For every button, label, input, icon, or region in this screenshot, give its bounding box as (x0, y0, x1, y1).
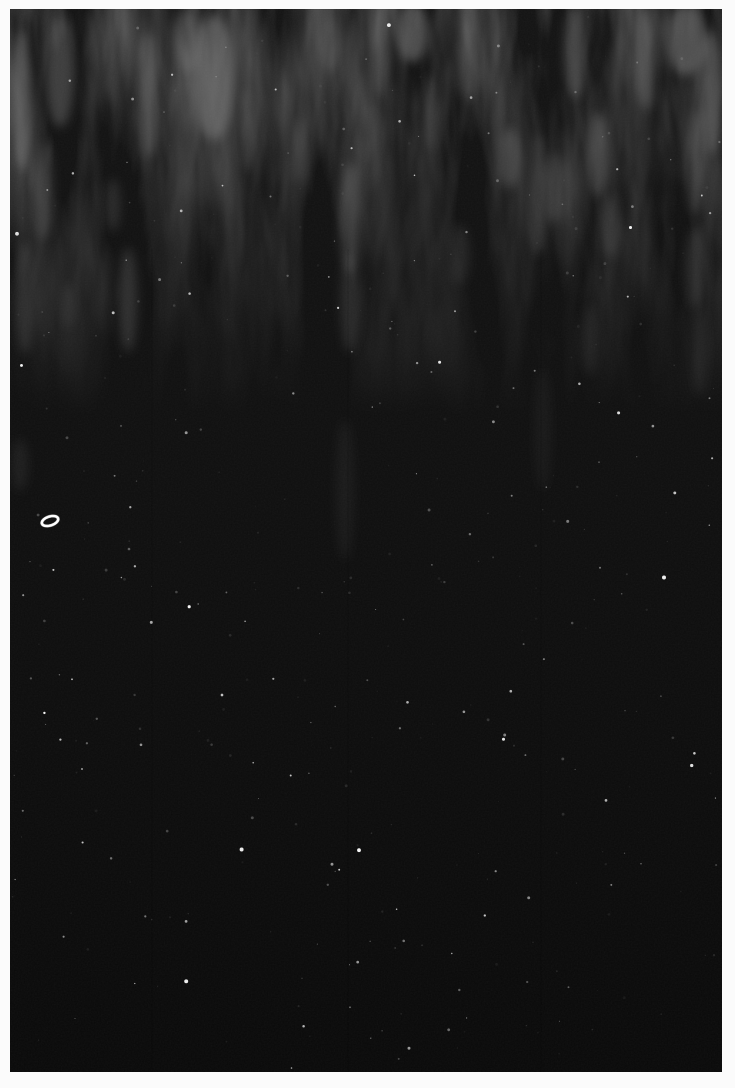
dust-speck (69, 80, 71, 82)
dust-speck (709, 397, 711, 399)
dust-speck (328, 276, 330, 278)
dust-speck (370, 1038, 371, 1039)
dust-speck (709, 212, 711, 214)
dust-speck (128, 540, 130, 542)
dust-speck (576, 486, 578, 488)
dust-speck (701, 195, 703, 197)
dust-speck (535, 617, 537, 619)
dust-speck (608, 913, 611, 916)
dust-speck (43, 620, 46, 623)
dust-speck (558, 1053, 560, 1055)
dust-speck (487, 718, 490, 721)
dust-speck (416, 362, 418, 364)
dust-speck (342, 128, 345, 131)
dust-speck (513, 745, 515, 747)
dust-speck (529, 194, 530, 195)
dust-speck (256, 52, 257, 53)
dust-speck (470, 96, 473, 99)
dust-speck (398, 120, 401, 123)
dust-speck (617, 411, 620, 414)
dust-speck (129, 202, 131, 204)
dust-speck (599, 276, 602, 279)
dust-speck (163, 112, 164, 113)
dust-speck (444, 418, 447, 421)
dust-speck (86, 948, 89, 951)
dust-speck (636, 711, 637, 712)
dust-speck (556, 970, 558, 972)
dust-speck (440, 581, 442, 583)
dust-speck (344, 581, 345, 582)
dust-speck (652, 425, 655, 428)
dust-speck (126, 162, 127, 163)
dust-speck (416, 473, 417, 474)
dust-speck (275, 88, 277, 90)
dust-speck (492, 420, 495, 423)
dust-speck (627, 296, 629, 298)
dust-speck (84, 539, 85, 540)
dust-speck (41, 311, 43, 313)
dust-speck (270, 931, 271, 932)
dust-speck (650, 268, 651, 269)
dust-speck (334, 706, 335, 707)
dust-speck (391, 321, 392, 322)
dust-speck (672, 736, 675, 739)
dust-speck (144, 915, 146, 917)
dust-speck (274, 223, 275, 224)
dust-speck (292, 392, 294, 394)
dust-speck (15, 879, 16, 880)
dust-speck (123, 578, 126, 581)
dust-speck (496, 179, 499, 182)
dust-speck (181, 262, 182, 263)
dust-speck (599, 567, 601, 569)
dust-speck (46, 189, 48, 191)
dust-speck (341, 192, 344, 195)
dust-speck (360, 310, 361, 311)
dust-speck (388, 553, 391, 556)
dust-speck (522, 630, 523, 631)
dust-speck (184, 389, 186, 391)
dust-speck (461, 252, 462, 253)
dust-speck (302, 978, 303, 979)
dust-speck (640, 863, 641, 864)
dust-speck (215, 76, 216, 77)
dust-speck (30, 561, 31, 562)
dust-speck (561, 757, 564, 760)
dust-speck (166, 830, 169, 833)
dust-speck (59, 738, 61, 740)
dust-speck (351, 147, 353, 149)
dust-speck (134, 565, 136, 567)
dust-speck (258, 798, 259, 799)
dust-speck (503, 734, 506, 737)
dust-speck (394, 323, 395, 324)
dust-speck (528, 43, 529, 44)
dust-speck (464, 1031, 466, 1033)
dust-speck (465, 231, 467, 233)
dust-speck (157, 986, 158, 987)
dust-speck (428, 509, 431, 512)
dust-speck (226, 1041, 228, 1043)
dust-speck (284, 499, 285, 500)
dust-speck (185, 920, 188, 923)
dust-speck (286, 275, 288, 277)
dust-speck (246, 679, 249, 682)
dust-speck (616, 495, 618, 497)
dust-speck (646, 609, 648, 611)
dust-speck (338, 869, 340, 871)
dust-speck (295, 823, 297, 825)
dust-speck (388, 465, 390, 467)
dust-speck (222, 185, 224, 187)
dust-speck (38, 643, 40, 645)
dust-speck (556, 852, 558, 854)
dust-speck (673, 491, 676, 494)
dust-speck (148, 1050, 149, 1051)
dust-speck (550, 487, 551, 488)
dust-speck (553, 520, 556, 523)
dust-speck (526, 981, 528, 983)
dust-speck (626, 573, 628, 575)
dust-speck (408, 142, 411, 145)
dust-speck (568, 986, 570, 988)
dust-speck (511, 495, 513, 497)
dust-speck (356, 961, 359, 964)
dust-speck (400, 1013, 402, 1015)
dust-speck (257, 532, 259, 534)
dust-speck (708, 485, 709, 486)
dust-speck (575, 227, 578, 230)
dust-speck (120, 425, 122, 427)
dust-speck (356, 844, 358, 846)
dust-speck (638, 395, 640, 397)
dust-speck (331, 863, 334, 866)
dust-speck (261, 40, 263, 42)
dust-speck (527, 896, 530, 899)
dust-speck (38, 1040, 39, 1041)
dust-speck (438, 361, 441, 364)
dust-speck (221, 694, 224, 697)
dust-speck (325, 309, 327, 311)
dust-speck (454, 310, 456, 312)
dust-speck (351, 351, 353, 353)
dust-speck (478, 561, 479, 562)
dust-speck (334, 240, 335, 241)
dust-speck (608, 132, 611, 135)
dust-speck (438, 258, 440, 260)
dust-speck (391, 824, 392, 825)
dust-speck (255, 506, 256, 507)
dust-speck (387, 23, 391, 27)
dust-speck (375, 609, 376, 610)
dust-speck (39, 564, 42, 567)
dust-speck (110, 857, 112, 859)
dust-speck (585, 627, 587, 629)
dust-speck (438, 577, 441, 580)
dust-speck (484, 914, 486, 916)
dust-speck (519, 567, 520, 568)
dust-speck (299, 226, 302, 229)
dust-speck (597, 990, 598, 991)
dust-speck (680, 57, 683, 60)
dust-speck (222, 708, 225, 711)
dust-speck (443, 581, 445, 583)
dust-speck (175, 257, 176, 258)
dust-speck (636, 456, 637, 457)
dust-speck (365, 58, 367, 60)
dust-speck (112, 311, 115, 314)
dust-speck (366, 679, 368, 681)
dust-speck (319, 85, 322, 88)
dust-speck (95, 809, 98, 812)
dust-speck (575, 769, 576, 770)
dust-speck (133, 694, 135, 696)
dust-speck (524, 754, 526, 756)
dust-speck (21, 837, 22, 838)
dust-speck (76, 772, 78, 774)
dust-speck (458, 989, 460, 991)
dust-speck (495, 870, 497, 872)
dust-speck (121, 577, 123, 579)
dust-speck (603, 262, 606, 265)
dust-speck (291, 1067, 293, 1069)
dust-speck (169, 145, 170, 146)
dust-speck (602, 851, 603, 852)
dust-speck (670, 159, 671, 160)
dust-speck (698, 162, 699, 163)
dust-speck (317, 944, 318, 945)
dust-speck (715, 798, 716, 799)
dust-speck (175, 591, 178, 594)
dust-speck (16, 750, 17, 751)
dust-speck (537, 1032, 538, 1033)
dust-speck (395, 947, 396, 948)
dust-speck (542, 509, 543, 510)
dust-speck (431, 564, 433, 566)
dust-speck (83, 471, 84, 472)
dust-speck (17, 314, 19, 316)
dust-speck (175, 419, 176, 420)
dust-speck (535, 587, 537, 589)
dust-speck (467, 165, 469, 167)
dust-speck (566, 520, 569, 523)
dust-speck (218, 471, 220, 473)
dust-speck (349, 577, 352, 580)
dust-speck (308, 773, 310, 775)
dust-speck (140, 743, 143, 746)
dust-speck (392, 90, 393, 91)
dust-speck (327, 884, 329, 886)
dust-speck (420, 737, 422, 739)
dust-speck (288, 153, 289, 154)
dust-speck (498, 801, 499, 802)
dust-speck (66, 436, 69, 439)
dust-speck (693, 752, 696, 755)
dust-speck (705, 955, 706, 956)
dust-speck (432, 724, 433, 725)
dust-speck (523, 643, 525, 645)
dust-speck (275, 376, 277, 378)
dust-speck (188, 292, 191, 295)
dust-speck (290, 775, 292, 777)
dust-speck (88, 522, 89, 523)
dust-speck (447, 1028, 450, 1031)
dust-speck (713, 954, 715, 956)
dust-speck (577, 325, 580, 328)
dust-speck (197, 603, 199, 605)
dust-speck (136, 480, 137, 481)
dust-speck (12, 896, 14, 898)
dust-speck (235, 557, 236, 558)
dust-speck (599, 402, 600, 403)
dust-speck (299, 188, 301, 190)
dust-speck (75, 1018, 76, 1019)
dust-speck (114, 475, 116, 477)
dust-speck (188, 605, 191, 608)
dust-speck (497, 44, 500, 47)
dust-speck (169, 916, 171, 918)
scanned-page (0, 0, 735, 1088)
dust-speck (129, 506, 131, 508)
dust-speck (566, 272, 569, 275)
dust-speck (81, 768, 83, 770)
dust-speck (662, 576, 666, 580)
dust-speck (229, 754, 232, 757)
dust-speck (705, 186, 708, 189)
dust-speck (673, 364, 675, 366)
dust-speck (225, 591, 227, 593)
dust-speck (20, 364, 23, 367)
dust-speck (30, 677, 32, 679)
dust-speck (715, 864, 717, 866)
dust-speck (602, 136, 603, 137)
dust-speck (402, 940, 405, 943)
dust-speck (381, 910, 383, 912)
dust-speck (255, 589, 257, 591)
dust-speck (408, 1047, 411, 1050)
dust-speck (546, 486, 548, 488)
dust-speck (456, 864, 458, 866)
dust-speck (638, 832, 639, 833)
dust-speck (22, 594, 24, 596)
dust-speck (629, 786, 630, 787)
dust-speck (348, 591, 351, 594)
dust-speck (75, 740, 77, 742)
dust-speck (605, 799, 608, 802)
dust-speck (128, 548, 131, 551)
dust-speck (119, 355, 122, 358)
dust-speck (533, 942, 534, 943)
dust-speck (621, 593, 623, 595)
dust-speck (199, 731, 200, 732)
dust-speck (398, 1058, 400, 1060)
dust-speck (487, 879, 488, 880)
dust-speck (711, 457, 713, 459)
dust-speck (463, 711, 466, 714)
dust-speck (350, 770, 352, 772)
dust-speck (143, 461, 144, 462)
dust-speck (127, 338, 129, 340)
dust-speck (419, 76, 421, 78)
dust-speck (647, 137, 650, 140)
dust-speck (573, 275, 574, 276)
dust-speck (667, 541, 668, 542)
dust-speck (154, 220, 156, 222)
dust-speck (605, 56, 606, 57)
dust-speck (623, 996, 626, 999)
dust-speck (595, 343, 597, 345)
dust-speck (22, 810, 24, 812)
dust-speck (610, 884, 612, 886)
dust-speck (488, 132, 490, 134)
dust-speck (304, 679, 307, 682)
dust-speck (241, 861, 243, 863)
dust-speck (210, 743, 213, 746)
dust-speck (543, 658, 545, 660)
dust-speck (269, 195, 271, 197)
dust-speck (430, 371, 432, 373)
dust-speck (171, 74, 173, 76)
dust-speck (310, 722, 311, 723)
dust-speck (562, 203, 564, 205)
dust-speck (519, 576, 521, 578)
dust-speck (470, 704, 472, 706)
dust-speck (574, 91, 576, 93)
dust-speck (372, 737, 373, 738)
dust-speck (369, 287, 372, 290)
dust-speck (553, 475, 554, 476)
dust-speck (341, 163, 344, 166)
dust-speck (414, 260, 415, 261)
dust-speck (139, 727, 142, 730)
dust-speck (200, 428, 202, 430)
dust-speck (450, 254, 451, 255)
dust-speck (629, 226, 632, 229)
dust-speck (297, 587, 299, 589)
dust-speck (509, 690, 512, 693)
dust-speck (397, 334, 399, 336)
dust-speck (660, 1013, 662, 1015)
dust-speck (321, 592, 322, 593)
dust-speck (151, 586, 152, 587)
photo-canvas (0, 0, 735, 1088)
dust-speck (563, 179, 565, 181)
dust-speck (225, 47, 226, 48)
dust-speck (43, 712, 45, 714)
dust-speck (188, 913, 189, 914)
dust-speck (457, 1047, 458, 1048)
dust-speck (559, 1021, 560, 1022)
dust-speck (496, 405, 499, 408)
dust-speck (86, 742, 88, 744)
film-grain (10, 9, 722, 1072)
dust-speck (414, 175, 416, 177)
dust-speck (372, 406, 373, 407)
dust-speck (377, 691, 378, 692)
dust-speck (22, 217, 24, 219)
dust-speck (624, 853, 625, 854)
dust-speck (254, 582, 256, 584)
dust-speck (466, 1017, 467, 1018)
dust-speck (513, 387, 515, 389)
dust-speck (660, 695, 662, 697)
dust-speck (150, 621, 153, 624)
dust-speck (636, 62, 638, 64)
dust-speck (297, 696, 299, 698)
dust-speck (349, 964, 350, 965)
dust-speck (671, 227, 673, 229)
dust-speck (526, 1025, 527, 1026)
